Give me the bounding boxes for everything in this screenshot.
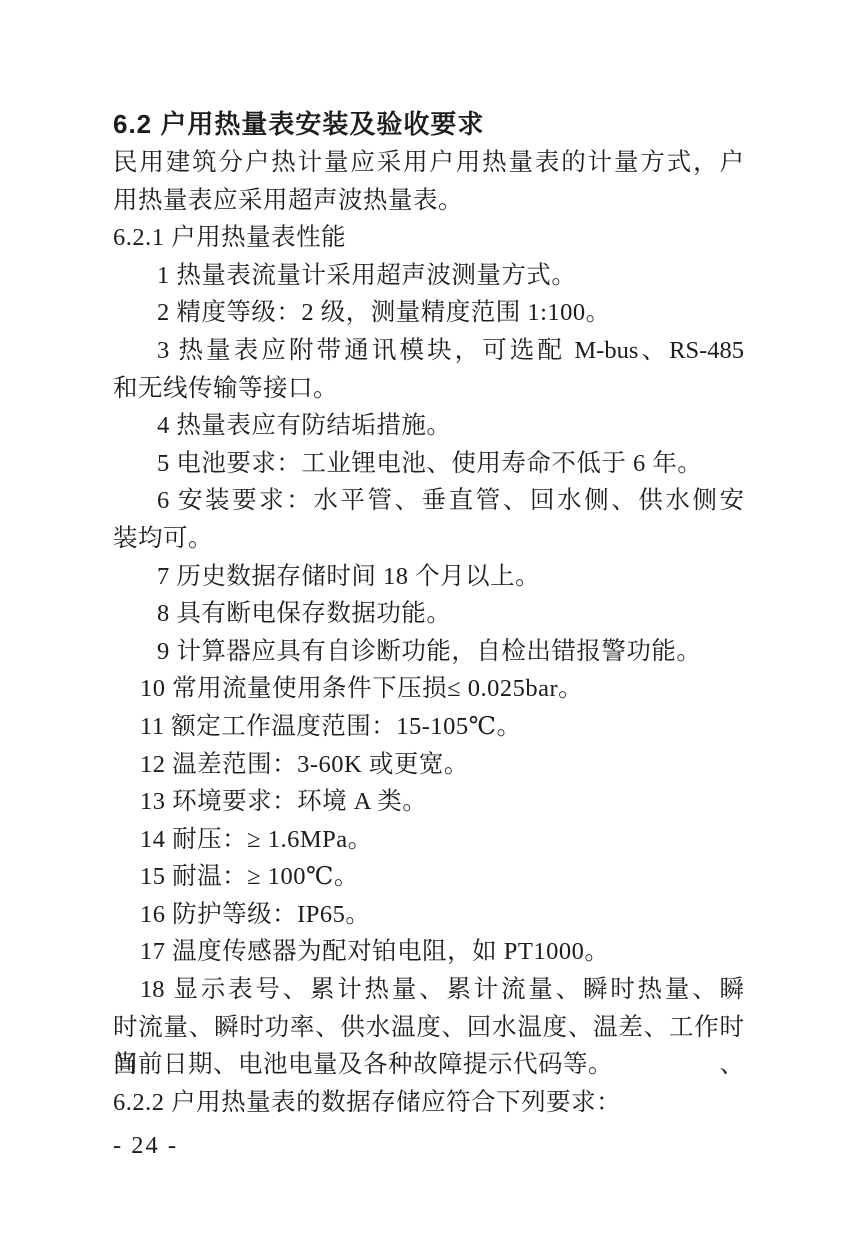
list-item: 8 具有断电保存数据功能。 (113, 595, 744, 633)
list-item: 1 热量表流量计采用超声波测量方式。 (113, 257, 744, 295)
section-heading-6-2-2: 6.2.2 户用热量表的数据存储应符合下列要求： (113, 1084, 744, 1122)
list-item: 15 耐温：≥ 100℃。 (113, 858, 744, 896)
text-line: 用热量表应采用超声波热量表。 (113, 182, 744, 220)
list-item: 18 显示表号、累计热量、累计流量、瞬时热量、瞬 (113, 971, 744, 1009)
document-page: 6.2 户用热量表安装及验收要求 民用建筑分户热计量应采用户用热量表的计量方式，… (0, 0, 857, 1241)
text-line: 时流量、瞬时功率、供水温度、回水温度、温差、工作时间、 (113, 1009, 744, 1047)
section-heading-6-2: 6.2 户用热量表安装及验收要求 (113, 104, 744, 144)
text-line: 和无线传输等接口。 (113, 370, 744, 408)
list-item: 17 温度传感器为配对铂电阻，如 PT1000。 (113, 933, 744, 971)
list-item: 4 热量表应有防结垢措施。 (113, 407, 744, 445)
list-item: 7 历史数据存储时间 18 个月以上。 (113, 558, 744, 596)
list-item: 9 计算器应具有自诊断功能，自检出错报警功能。 (113, 633, 744, 671)
text-line: 民用建筑分户热计量应采用户用热量表的计量方式，户 (113, 144, 744, 182)
section-heading-6-2-1: 6.2.1 户用热量表性能 (113, 219, 744, 257)
list-item: 14 耐压：≥ 1.6MPa。 (113, 821, 744, 859)
page-number: - 24 - (113, 1131, 744, 1161)
list-item: 13 环境要求：环境 A 类。 (113, 783, 744, 821)
list-item: 6 安装要求：水平管、垂直管、回水侧、供水侧安 (113, 482, 744, 520)
list-item: 12 温差范围：3-60K 或更宽。 (113, 746, 744, 784)
list-item: 2 精度等级：2 级，测量精度范围 1:100。 (113, 294, 744, 332)
list-item: 16 防护等级：IP65。 (113, 896, 744, 934)
text-line: 装均可。 (113, 520, 744, 558)
list-item: 11 额定工作温度范围：15-105℃。 (113, 708, 744, 746)
list-item: 10 常用流量使用条件下压损≤ 0.025bar。 (113, 670, 744, 708)
list-item: 5 电池要求：工业锂电池、使用寿命不低于 6 年。 (113, 445, 744, 483)
list-item: 3 热量表应附带通讯模块，可选配 M-bus、RS-485 (113, 332, 744, 370)
